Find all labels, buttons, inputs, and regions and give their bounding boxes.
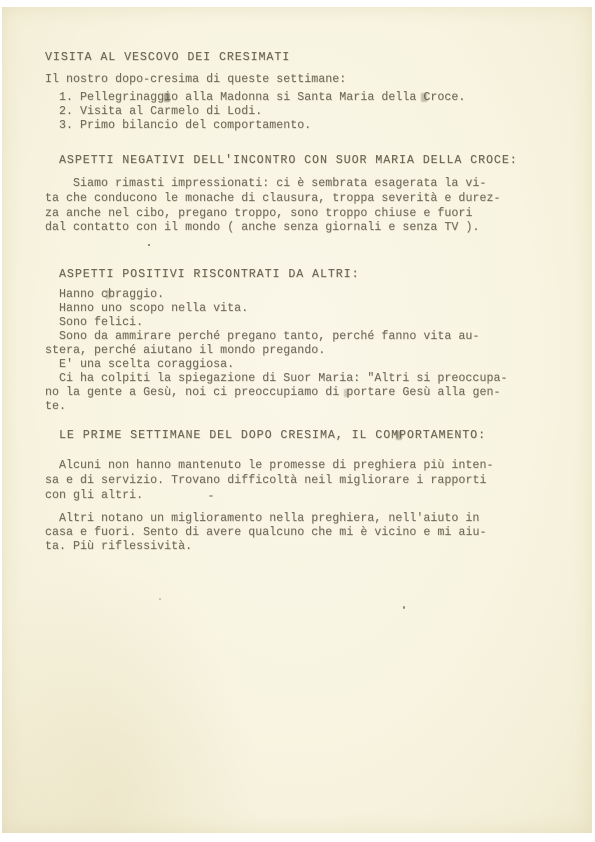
text-line: E' una scelta coraggiosa. bbox=[59, 359, 234, 371]
text-line: Hanno cbraggio. bbox=[59, 289, 164, 301]
text-line: Il nostro dopo-cresima di queste settima… bbox=[45, 74, 346, 86]
text-line: Sono felici. bbox=[59, 317, 143, 329]
text-line: Alcuni non hanno mantenuto le promesse d… bbox=[59, 460, 493, 472]
text-line: ta. Più riflessività. bbox=[45, 541, 192, 553]
text-line: dal contatto con il mondo ( anche senza … bbox=[45, 222, 479, 234]
section-title: LE PRIME SETTIMANE DEL DOPO CRESIMA, IL … bbox=[59, 430, 486, 442]
overstrike-smudge bbox=[396, 431, 402, 440]
scan-speck bbox=[159, 598, 161, 600]
list-item: 1. Pellegrinaggio alla Madonna si Santa … bbox=[59, 92, 465, 104]
text-line: Ci ha colpiti la spiegazione di Suor Mar… bbox=[59, 373, 507, 385]
text-line: ta che conducono le monache di clausura,… bbox=[45, 193, 500, 205]
text-line: casa e fuori. Sento di avere qualcuno ch… bbox=[45, 527, 486, 539]
text-line: Sono da ammirare perché pregano tanto, p… bbox=[59, 331, 479, 343]
text-line: stera, perché aiutano il mondo pregando. bbox=[45, 345, 325, 357]
scan-speck bbox=[403, 606, 405, 609]
text-line: sa e di servizio. Trovano difficoltà nei… bbox=[45, 475, 486, 487]
scan-speck bbox=[209, 495, 213, 497]
text-line: Siamo rimasti impressionati: ci è sembra… bbox=[73, 178, 486, 190]
section-title: VISITA AL VESCOVO DEI CRESIMATI bbox=[45, 52, 290, 64]
text-line: no la gente a Gesù, noi ci preoccupiamo … bbox=[45, 387, 500, 399]
text-line: con gli altri. bbox=[45, 490, 143, 502]
overstrike-smudge bbox=[421, 93, 427, 102]
section-title: ASPETTI POSITIVI RISCONTRATI DA ALTRI: bbox=[59, 269, 359, 281]
overstrike-smudge bbox=[106, 290, 111, 299]
overstrike-smudge bbox=[344, 389, 349, 397]
list-item: 2. Visita al Carmelo di Lodi. bbox=[59, 106, 262, 118]
section-title: ASPETTI NEGATIVI DELL'INCONTRO CON SUOR … bbox=[59, 155, 518, 167]
text-line: te. bbox=[45, 401, 66, 413]
scan-speck bbox=[148, 244, 150, 246]
text-line: Hanno uno scopo nella vita. bbox=[59, 303, 248, 315]
overstrike-smudge bbox=[164, 93, 170, 102]
list-item: 3. Primo bilancio del comportamento. bbox=[59, 120, 311, 132]
scanned-paper-page: VISITA AL VESCOVO DEI CRESIMATI Il nostr… bbox=[2, 7, 592, 833]
text-line: Altri notano un miglioramento nella preg… bbox=[59, 513, 479, 525]
text-line: za anche nel cibo, pregano troppo, sono … bbox=[45, 208, 472, 220]
